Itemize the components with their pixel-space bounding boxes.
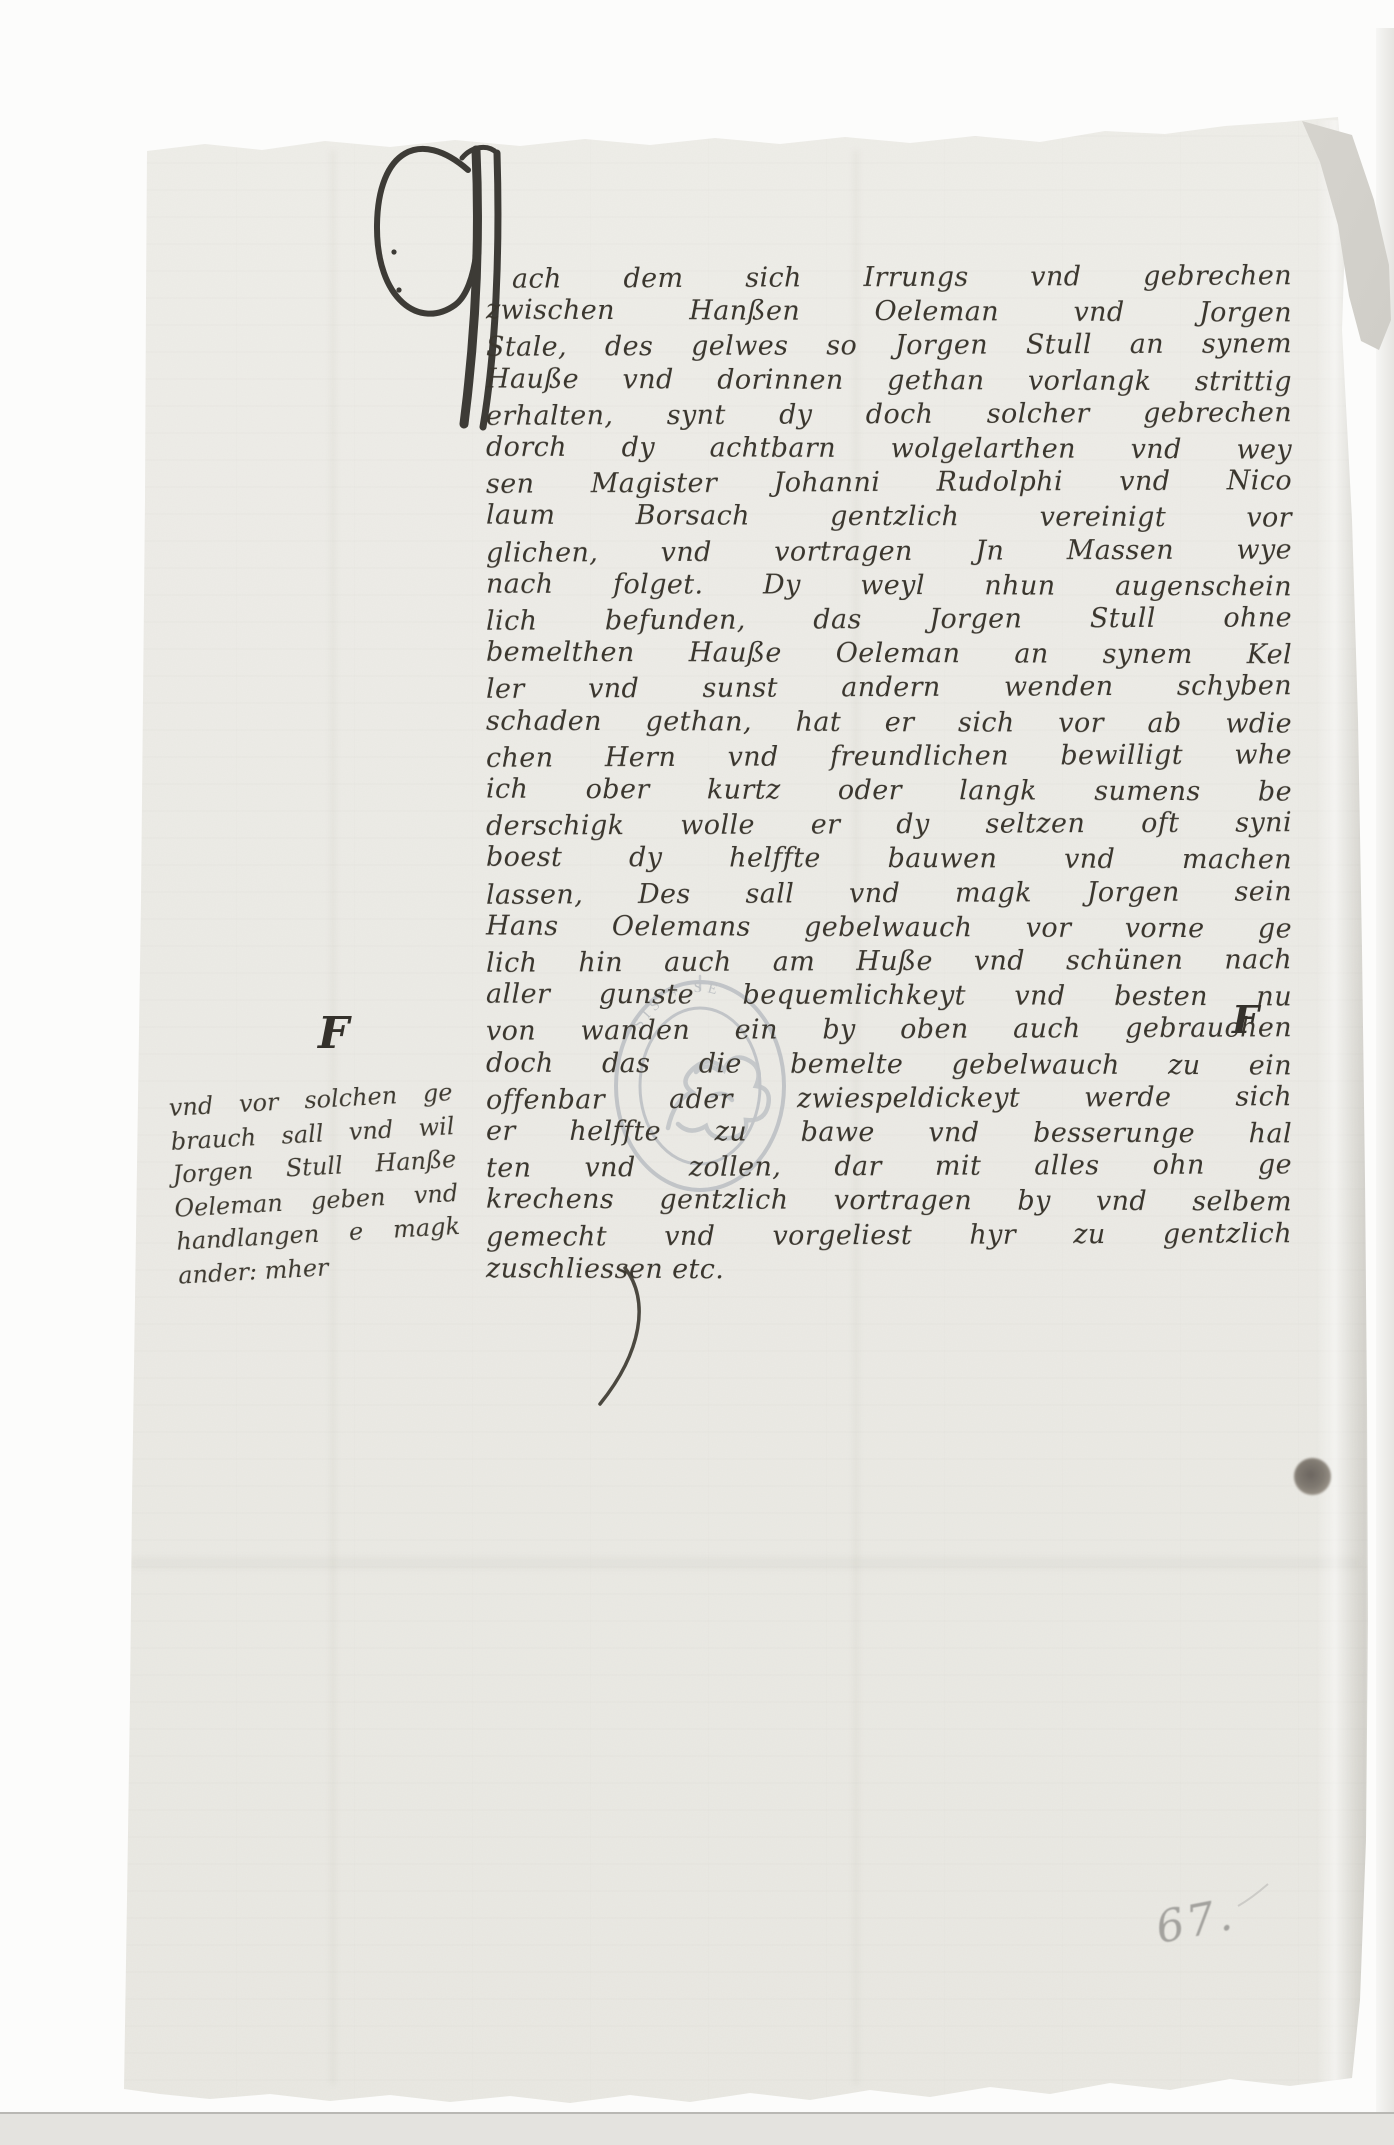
pencil-mark (0, 0, 1394, 2145)
scanned-document: SIS + SE N ach dem sich Irrungs vnd gebr… (0, 0, 1394, 2145)
manuscript-page: SIS + SE N ach dem sich Irrungs vnd gebr… (0, 0, 1394, 2145)
underlying-page-edge (0, 2112, 1394, 2145)
initial-letter-value: N (0, 0, 1, 1)
